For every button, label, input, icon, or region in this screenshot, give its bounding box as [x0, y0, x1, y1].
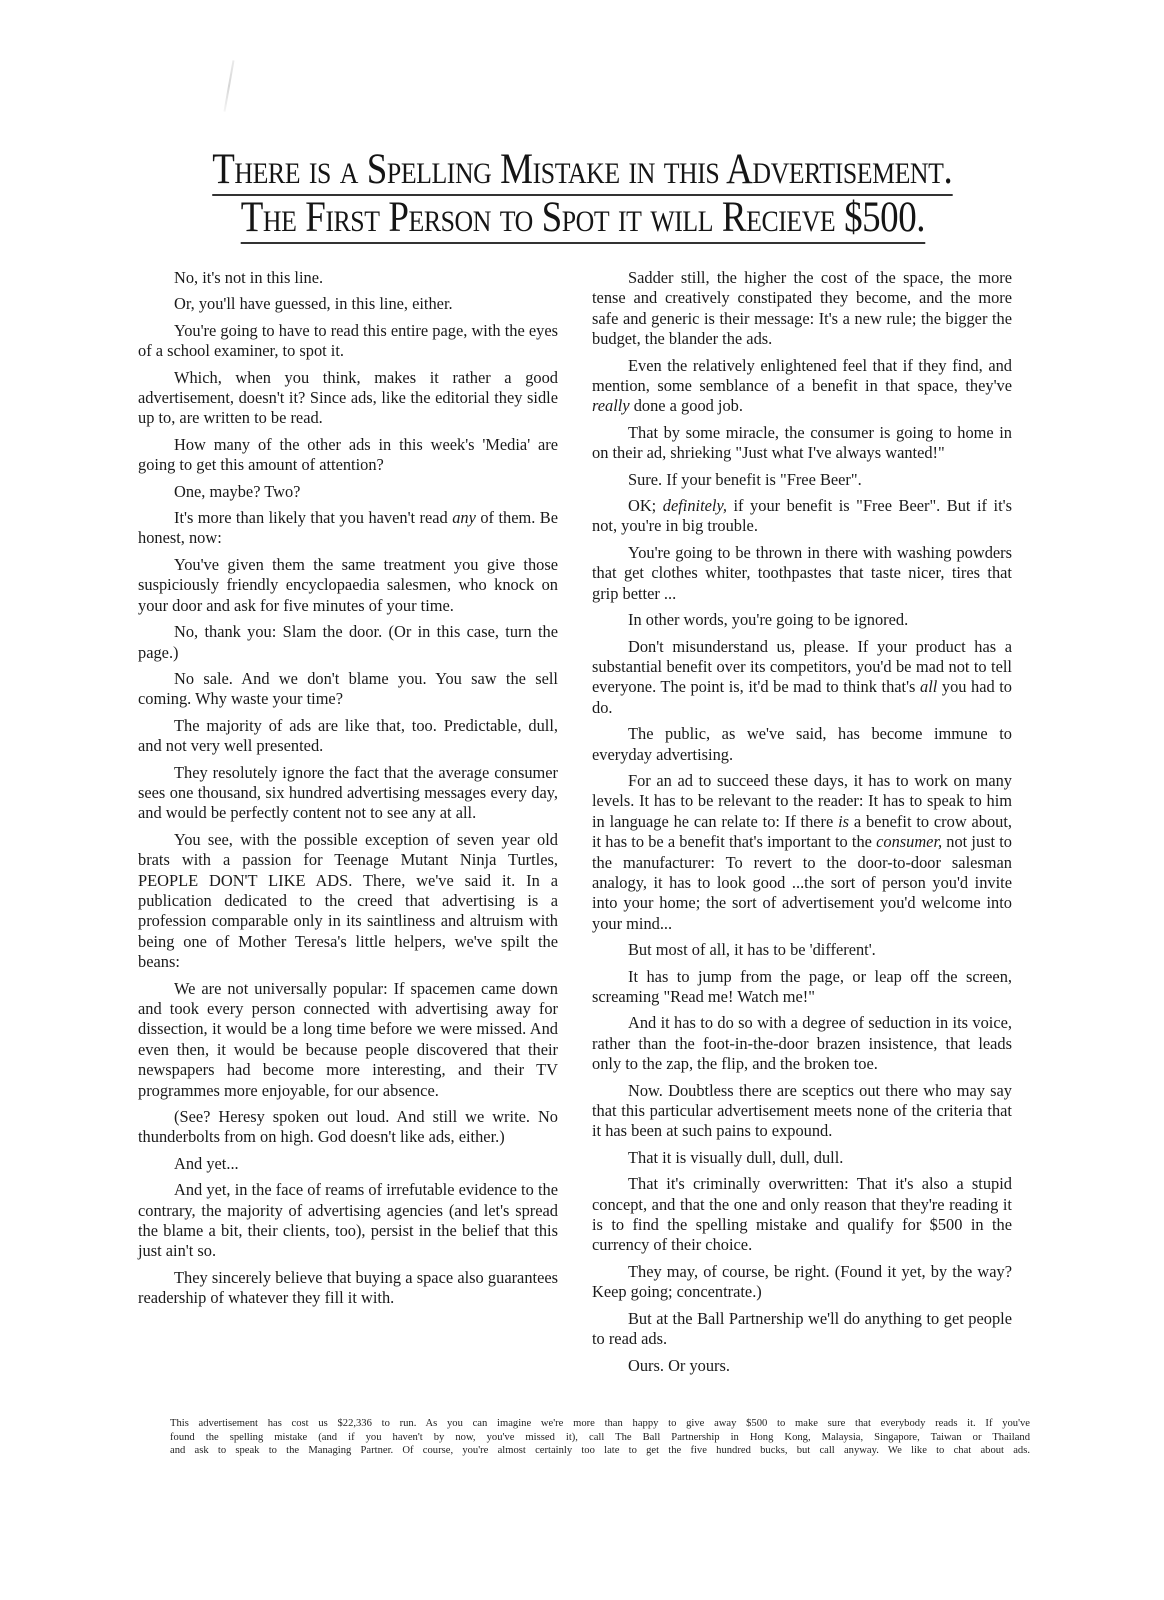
paragraph: You're going to be thrown in there with … — [592, 543, 1012, 604]
paragraph: But at the Ball Partnership we'll do any… — [592, 1309, 1012, 1350]
paragraph: It's more than likely that you haven't r… — [138, 508, 558, 549]
footer-line: This advertisement has cost us $22,336 t… — [170, 1417, 1030, 1431]
paragraph: That it is visually dull, dull, dull. — [592, 1148, 1012, 1168]
emphasis: definitely, — [663, 496, 727, 515]
paragraph: The public, as we've said, has become im… — [592, 724, 1012, 765]
footer-line: and ask to speak to the Managing Partner… — [170, 1444, 1030, 1458]
emphasis: any — [452, 508, 476, 527]
paragraph: No, thank you: Slam the door. (Or in thi… — [138, 622, 558, 663]
paragraph: (See? Heresy spoken out loud. And still … — [138, 1107, 558, 1148]
paragraph: OK; definitely, if your benefit is "Free… — [592, 496, 1012, 537]
footer-line: found the spelling mistake (and if you h… — [170, 1431, 1030, 1445]
paragraph: That it's criminally overwritten: That i… — [592, 1174, 1012, 1256]
text-run: It's more than likely that you haven't r… — [174, 508, 452, 527]
body-column-right: Sadder still, the higher the cost of the… — [592, 268, 1012, 1382]
paragraph: No, it's not in this line. — [138, 268, 558, 288]
text-run: done a good job. — [630, 396, 743, 415]
paragraph: They may, of course, be right. (Found it… — [592, 1262, 1012, 1303]
paragraph: One, maybe? Two? — [138, 482, 558, 502]
advertisement-page: There is a Spelling Mistake in this Adve… — [0, 0, 1164, 1600]
headline-line-2: The First Person to Spot it will Recieve… — [240, 196, 924, 244]
paragraph: The majority of ads are like that, too. … — [138, 716, 558, 757]
paragraph: We are not universally popular: If space… — [138, 979, 558, 1101]
emphasis: is — [838, 812, 849, 831]
emphasis: all — [920, 677, 937, 696]
paragraph: Or, you'll have guessed, in this line, e… — [138, 294, 558, 314]
paragraph: You've given them the same treatment you… — [138, 555, 558, 616]
paragraph: It has to jump from the page, or leap of… — [592, 967, 1012, 1008]
paragraph: But most of all, it has to be 'different… — [592, 940, 1012, 960]
paragraph: And yet, in the face of reams of irrefut… — [138, 1180, 558, 1262]
paragraph: In other words, you're going to be ignor… — [592, 610, 1012, 630]
paragraph: Sadder still, the higher the cost of the… — [592, 268, 1012, 350]
paragraph: Even the relatively enlightened feel tha… — [592, 356, 1012, 417]
paragraph: You see, with the possible exception of … — [138, 830, 558, 973]
headline-line-1: There is a Spelling Mistake in this Adve… — [212, 148, 952, 196]
text-run: Even the relatively enlightened feel tha… — [592, 356, 1012, 395]
paragraph: No sale. And we don't blame you. You saw… — [138, 669, 558, 710]
text-run: OK; — [628, 496, 663, 515]
emphasis: consumer, — [876, 832, 942, 851]
paragraph: How many of the other ads in this week's… — [138, 435, 558, 476]
paragraph: For an ad to succeed these days, it has … — [592, 771, 1012, 934]
paragraph: And it has to do so with a degree of sed… — [592, 1013, 1012, 1074]
paragraph: Sure. If your benefit is "Free Beer". — [592, 470, 1012, 490]
paragraph: Now. Doubtless there are sceptics out th… — [592, 1081, 1012, 1142]
paragraph: And yet... — [138, 1154, 558, 1174]
footer-fine-print: This advertisement has cost us $22,336 t… — [170, 1417, 1030, 1458]
paragraph: Which, when you think, makes it rather a… — [138, 368, 558, 429]
paragraph: They resolutely ignore the fact that the… — [138, 763, 558, 824]
paragraph: Ours. Or yours. — [592, 1356, 1012, 1376]
paragraph: That by some miracle, the consumer is go… — [592, 423, 1012, 464]
headline: There is a Spelling Mistake in this Adve… — [110, 148, 1055, 244]
paragraph: Don't misunderstand us, please. If your … — [592, 637, 1012, 719]
paragraph: You're going to have to read this entire… — [138, 321, 558, 362]
paragraph: They sincerely believe that buying a spa… — [138, 1268, 558, 1309]
emphasis: really — [592, 396, 630, 415]
body-column-left: No, it's not in this line. Or, you'll ha… — [138, 268, 558, 1315]
scan-mark — [224, 60, 235, 112]
